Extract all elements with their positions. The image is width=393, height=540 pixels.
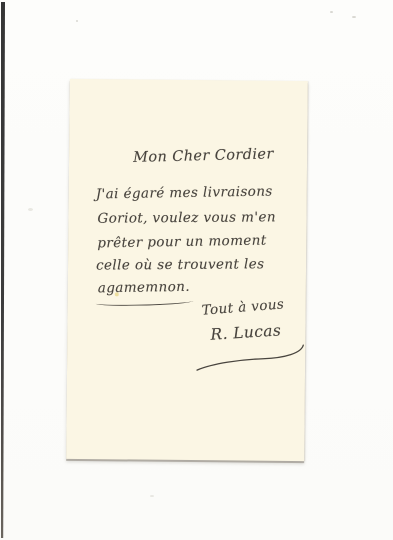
scanned-letter-photo: Mon Cher Cordier J'ai égaré mes livraiso… (0, 0, 393, 540)
scan-speck (352, 16, 356, 18)
letter-body-line: agamemnon. (98, 279, 190, 297)
scan-smudge (28, 208, 33, 211)
signature-paraph-flourish (193, 342, 309, 375)
scan-speck (76, 20, 78, 22)
underline-flourish (96, 298, 194, 307)
scan-speck (330, 11, 333, 13)
letter-body-line: prêter pour un moment (97, 233, 267, 252)
paper-fleck (115, 292, 119, 296)
letter-body-line: J'ai égaré mes livraisons (96, 184, 273, 203)
letter-paper: Mon Cher Cordier J'ai égaré mes livraiso… (66, 79, 308, 461)
letter-closing: Tout à vous (201, 296, 285, 318)
letter-signature: R. Lucas (210, 321, 282, 343)
letter-salutation: Mon Cher Cordier (133, 146, 274, 166)
scan-smudge (150, 495, 154, 497)
letter-body-line: celle où se trouvent les (96, 256, 264, 273)
scanner-edge-artifact (1, 2, 5, 538)
letter-body-line: Goriot, voulez vous m'en (97, 209, 276, 226)
